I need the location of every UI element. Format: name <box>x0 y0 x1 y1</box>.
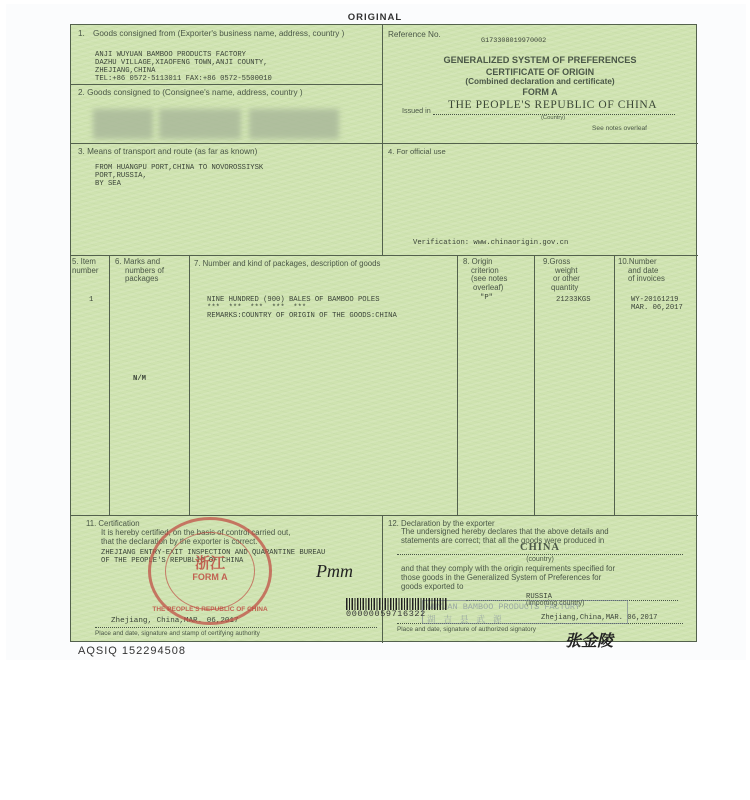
col-divider <box>109 255 110 515</box>
redacted-consignee <box>159 109 241 139</box>
description-line-3: REMARKS:COUNTRY OF ORIGIN OF THE GOODS:C… <box>207 312 397 320</box>
stamp-form: FORM A <box>151 572 269 582</box>
header-description: 7. Number and kind of packages, descript… <box>194 259 380 269</box>
box3-label: 3. Means of transport and route (as far … <box>78 147 257 157</box>
exporter-signature: 张金陵 <box>565 628 613 651</box>
barcode-number: 00000059716322 <box>346 609 426 619</box>
col-divider <box>457 255 458 515</box>
official-stamp: 浙江 FORM A THE PEOPLE'S REPUBLIC OF CHINA <box>148 517 272 625</box>
redacted-consignee <box>93 109 153 139</box>
transport-mode: BY SEA <box>95 180 121 188</box>
col-divider <box>189 255 190 515</box>
declaration-caption: Place and date, signature of authorized … <box>397 625 536 635</box>
divider-2-3 <box>71 143 698 144</box>
certification-caption: Place and date, signature and stamp of c… <box>95 629 260 639</box>
declaration-text-5: goods exported to <box>401 582 463 592</box>
stamp-ring-text: THE PEOPLE'S REPUBLIC OF CHINA <box>151 606 269 613</box>
header-line: overleaf) <box>463 284 507 293</box>
header-item-number: 5. Item number <box>72 258 98 275</box>
aqsiq-number: AQSIQ 152294508 <box>78 645 186 657</box>
header-line: quantity <box>543 284 580 293</box>
divider-1-2 <box>71 84 382 85</box>
box1-label: Goods consigned from (Exporter's busines… <box>93 29 379 39</box>
factory-stamp-text: WUYUAN BAMBOO PRODUCTS FACTORY <box>427 602 580 612</box>
produced-country: CHINA <box>382 543 698 553</box>
issued-in-label: Issued in <box>402 106 431 116</box>
reference-number: G173308019970002 <box>481 37 546 45</box>
certificate-subtitle: (Combined declaration and certificate) <box>382 77 698 87</box>
header-line: packages <box>115 275 164 284</box>
origin-criterion: "P" <box>480 294 493 302</box>
col-divider <box>534 255 535 515</box>
redacted-consignee <box>249 109 339 139</box>
factory-stamp: WUYUAN BAMBOO PRODUCTS FACTORY 湖吉县武源 <box>422 600 628 624</box>
certifier-signature: Pmm <box>316 561 353 582</box>
marks-value: N/M <box>133 375 146 383</box>
header-origin: 8. Origin criterion (see notes overleaf) <box>463 258 507 292</box>
divider-items-bottom <box>71 515 698 516</box>
box1-number: 1. <box>78 29 85 39</box>
header-line: of invoices <box>618 275 665 284</box>
item-number: 1 <box>89 296 93 304</box>
certification-dotline <box>95 627 377 628</box>
box2-label: 2. Goods consigned to (Consignee's name,… <box>78 88 303 98</box>
exporter-phone: TEL:+86 0572-5113011 FAX:+86 0572-550001… <box>95 75 272 83</box>
col-divider <box>614 255 615 515</box>
see-notes: See notes overleaf <box>592 124 647 134</box>
header-invoices: 10.Number and date of invoices <box>618 258 665 284</box>
bottom-divider <box>382 515 383 643</box>
form-a-title: FORM A <box>382 88 698 98</box>
reference-label: Reference No. <box>388 30 441 40</box>
header-weight: 9.Gross weight or other quantity <box>543 258 580 292</box>
header-line: number <box>72 267 98 276</box>
issued-country: THE PEOPLE'S REPUBLIC OF CHINA <box>448 101 657 111</box>
copy-label: ORIGINAL <box>0 12 750 23</box>
gross-weight: 21233KGS <box>556 296 591 304</box>
invoice-date: MAR. 06,2017 <box>631 304 683 312</box>
box4-label: 4. For official use <box>388 147 446 157</box>
factory-stamp-cn: 湖吉县武源 <box>427 613 510 625</box>
divider-items-top <box>71 255 698 256</box>
header-marks: 6. Marks and numbers of packages <box>115 258 164 284</box>
stamp-province: 浙江 <box>151 552 269 573</box>
issued-country-caption: (Country) <box>541 114 565 124</box>
verification-url: Verification: www.chinaorigin.gov.cn <box>413 239 568 247</box>
gsp-title: GENERALIZED SYSTEM OF PREFERENCES <box>382 56 698 66</box>
